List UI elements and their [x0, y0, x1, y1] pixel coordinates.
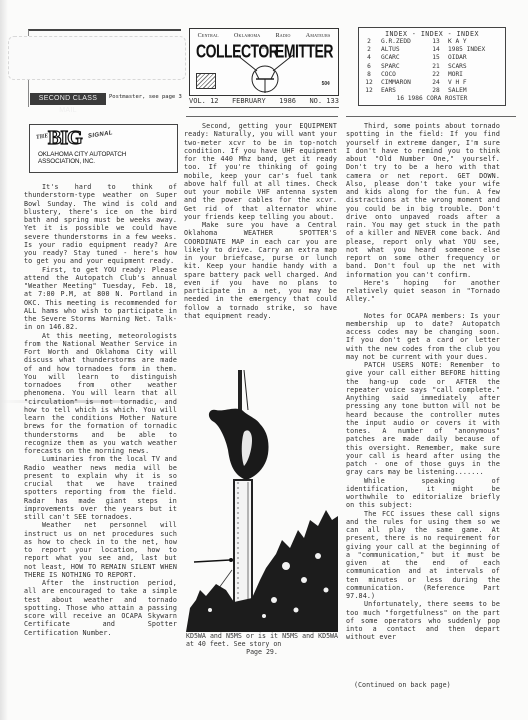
second-class-mail-badge: SECOND CLASS MAIL: [30, 93, 106, 105]
divider: [346, 116, 516, 117]
index-entry: GCARC: [376, 54, 429, 62]
logo-big: BIG: [48, 127, 82, 150]
index-page: 22: [429, 71, 443, 79]
paragraph: Make sure you have a Central Oklahoma WE…: [184, 221, 337, 320]
scan-edge-shadow: [0, 0, 8, 720]
transistor-symbol-icon: [235, 55, 295, 95]
issue-month: FEBRUARY: [232, 97, 266, 105]
index-entry: COCO: [376, 71, 429, 79]
logo-org-line1: OKLAHOMA CITY AUTOPATCH: [38, 151, 126, 158]
index-entry: ALTUS: [376, 46, 429, 54]
postmaster-note: Postmaster, see page 3: [109, 94, 182, 100]
index-page: 15: [429, 54, 443, 62]
index-row: 12 CIMMARON 24 V H F: [362, 79, 502, 87]
paragraph: First, to get YOU ready: Please attend t…: [24, 266, 177, 332]
index-page: 2: [362, 38, 376, 46]
index-entry: SPARC: [376, 63, 429, 71]
index-page: 13: [429, 38, 443, 46]
masthead: Central Oklahoma Radio Amateurs COLLECTO…: [189, 28, 339, 96]
newsletter-page: SECOND CLASS MAIL Postmaster, see page 3…: [0, 0, 528, 720]
masthead-title-and: AND: [261, 46, 268, 50]
volume-number: VOL. 12: [189, 97, 219, 105]
paragraph: Unfortunately, there seems to be too muc…: [346, 600, 500, 641]
paragraph: Here's hoping for another relatively qui…: [346, 279, 500, 304]
index-page: 24: [429, 79, 443, 87]
paragraph: It's hard to think of thunderstorm-type …: [24, 183, 177, 266]
paragraph: Notes for OCAPA members: Is your members…: [346, 312, 500, 362]
paragraph: Second, getting your EQUIPMENT ready: Na…: [184, 122, 337, 221]
index-entry: 1985 INDEX: [443, 46, 485, 54]
org-word: Radio: [276, 33, 291, 39]
paragraph: Luminaries from the local TV and Radio w…: [24, 455, 177, 521]
index-heading: INDEX - INDEX - INDEX: [359, 30, 505, 38]
index-page: 14: [429, 46, 443, 54]
index-list: 2 G.R.ZEDD 13 K A Y 2 ALTUS 14 1985 INDE…: [362, 38, 502, 95]
index-entry: G.R.ZEDD: [376, 38, 429, 46]
continued-note: (Continued on back page): [354, 681, 451, 689]
index-page: 12: [362, 79, 376, 87]
logo-signal: SIGNAL: [88, 130, 114, 139]
index-row: 8 COCO 22 MORI: [362, 71, 502, 79]
index-footer-entry: 16 1986 CORA ROSTER: [359, 95, 505, 102]
mailing-label-blank: [8, 36, 186, 80]
index-row: 4 GCARC 15 OIDAR: [362, 54, 502, 62]
article-column-1: It's hard to think of thunderstorm-type …: [24, 183, 177, 637]
org-word: Oklahoma: [234, 33, 260, 39]
masthead-org-name: Central Oklahoma Radio Amateurs: [190, 33, 338, 39]
logo-org-line2: ASSOCIATION, INC.: [38, 158, 95, 165]
caption-text: KD5WA and N5MS or is it N5MS and KD5WA a…: [186, 632, 338, 648]
index-row: 2 ALTUS 14 1985 INDEX: [362, 46, 502, 54]
index-page: 21: [429, 63, 443, 71]
index-page: 2: [362, 46, 376, 54]
price-label: 50¢: [322, 81, 330, 87]
caption-page-ref: Page 29.: [186, 648, 338, 656]
index-entry: K A Y: [443, 38, 467, 46]
index-row: 6 SPARC 21 SCARS: [362, 63, 502, 71]
paragraph: The FCC issues these call signs and the …: [346, 510, 500, 601]
index-entry: V H F: [443, 79, 467, 87]
org-word: Amateurs: [306, 33, 331, 39]
index-page: 6: [362, 63, 376, 71]
photo-caption: KD5WA and N5MS or is it N5MS and KD5WA a…: [186, 632, 338, 657]
article-column-2: Second, getting your EQUIPMENT ready: Na…: [184, 122, 337, 320]
club-logo-icon: [196, 73, 216, 89]
paragraph: Weather net personnel will instruct us o…: [24, 521, 177, 579]
logo-the: THE: [36, 133, 49, 141]
divider: [186, 116, 338, 117]
issue-number: NO. 133: [309, 97, 339, 105]
paragraph: PATCH USERS NOTE: Remember to give your …: [346, 361, 500, 477]
paragraph: After the instruction period, all are en…: [24, 579, 177, 637]
paragraph: At this meeting, meteorologists from the…: [24, 332, 177, 456]
org-word: Central: [198, 33, 219, 39]
antenna-tower-photo: [186, 370, 338, 632]
index-page: 8: [362, 71, 376, 79]
paragraph: While speaking of identification, it mig…: [346, 477, 500, 510]
paragraph: Third, some points about tornado spottin…: [346, 122, 500, 279]
index-entry: OIDAR: [443, 54, 467, 62]
big-signal-logo: THE BIG SIGNAL OKLAHOMA CITY AUTOPATCH A…: [29, 124, 178, 173]
article-column-3: Third, some points about tornado spottin…: [346, 122, 500, 642]
index-box: INDEX - INDEX - INDEX 2 G.R.ZEDD 13 K A …: [358, 27, 506, 106]
index-row: 2 G.R.ZEDD 13 K A Y: [362, 38, 502, 46]
index-page: 4: [362, 54, 376, 62]
divider: [189, 107, 339, 108]
index-entry: SCARS: [443, 63, 467, 71]
index-entry: MORI: [443, 71, 463, 79]
issue-line: VOL. 12 FEBRUARY 1986 NO. 133: [189, 97, 339, 105]
index-entry: CIMMARON: [376, 79, 429, 87]
issue-year: 1986: [279, 97, 296, 105]
